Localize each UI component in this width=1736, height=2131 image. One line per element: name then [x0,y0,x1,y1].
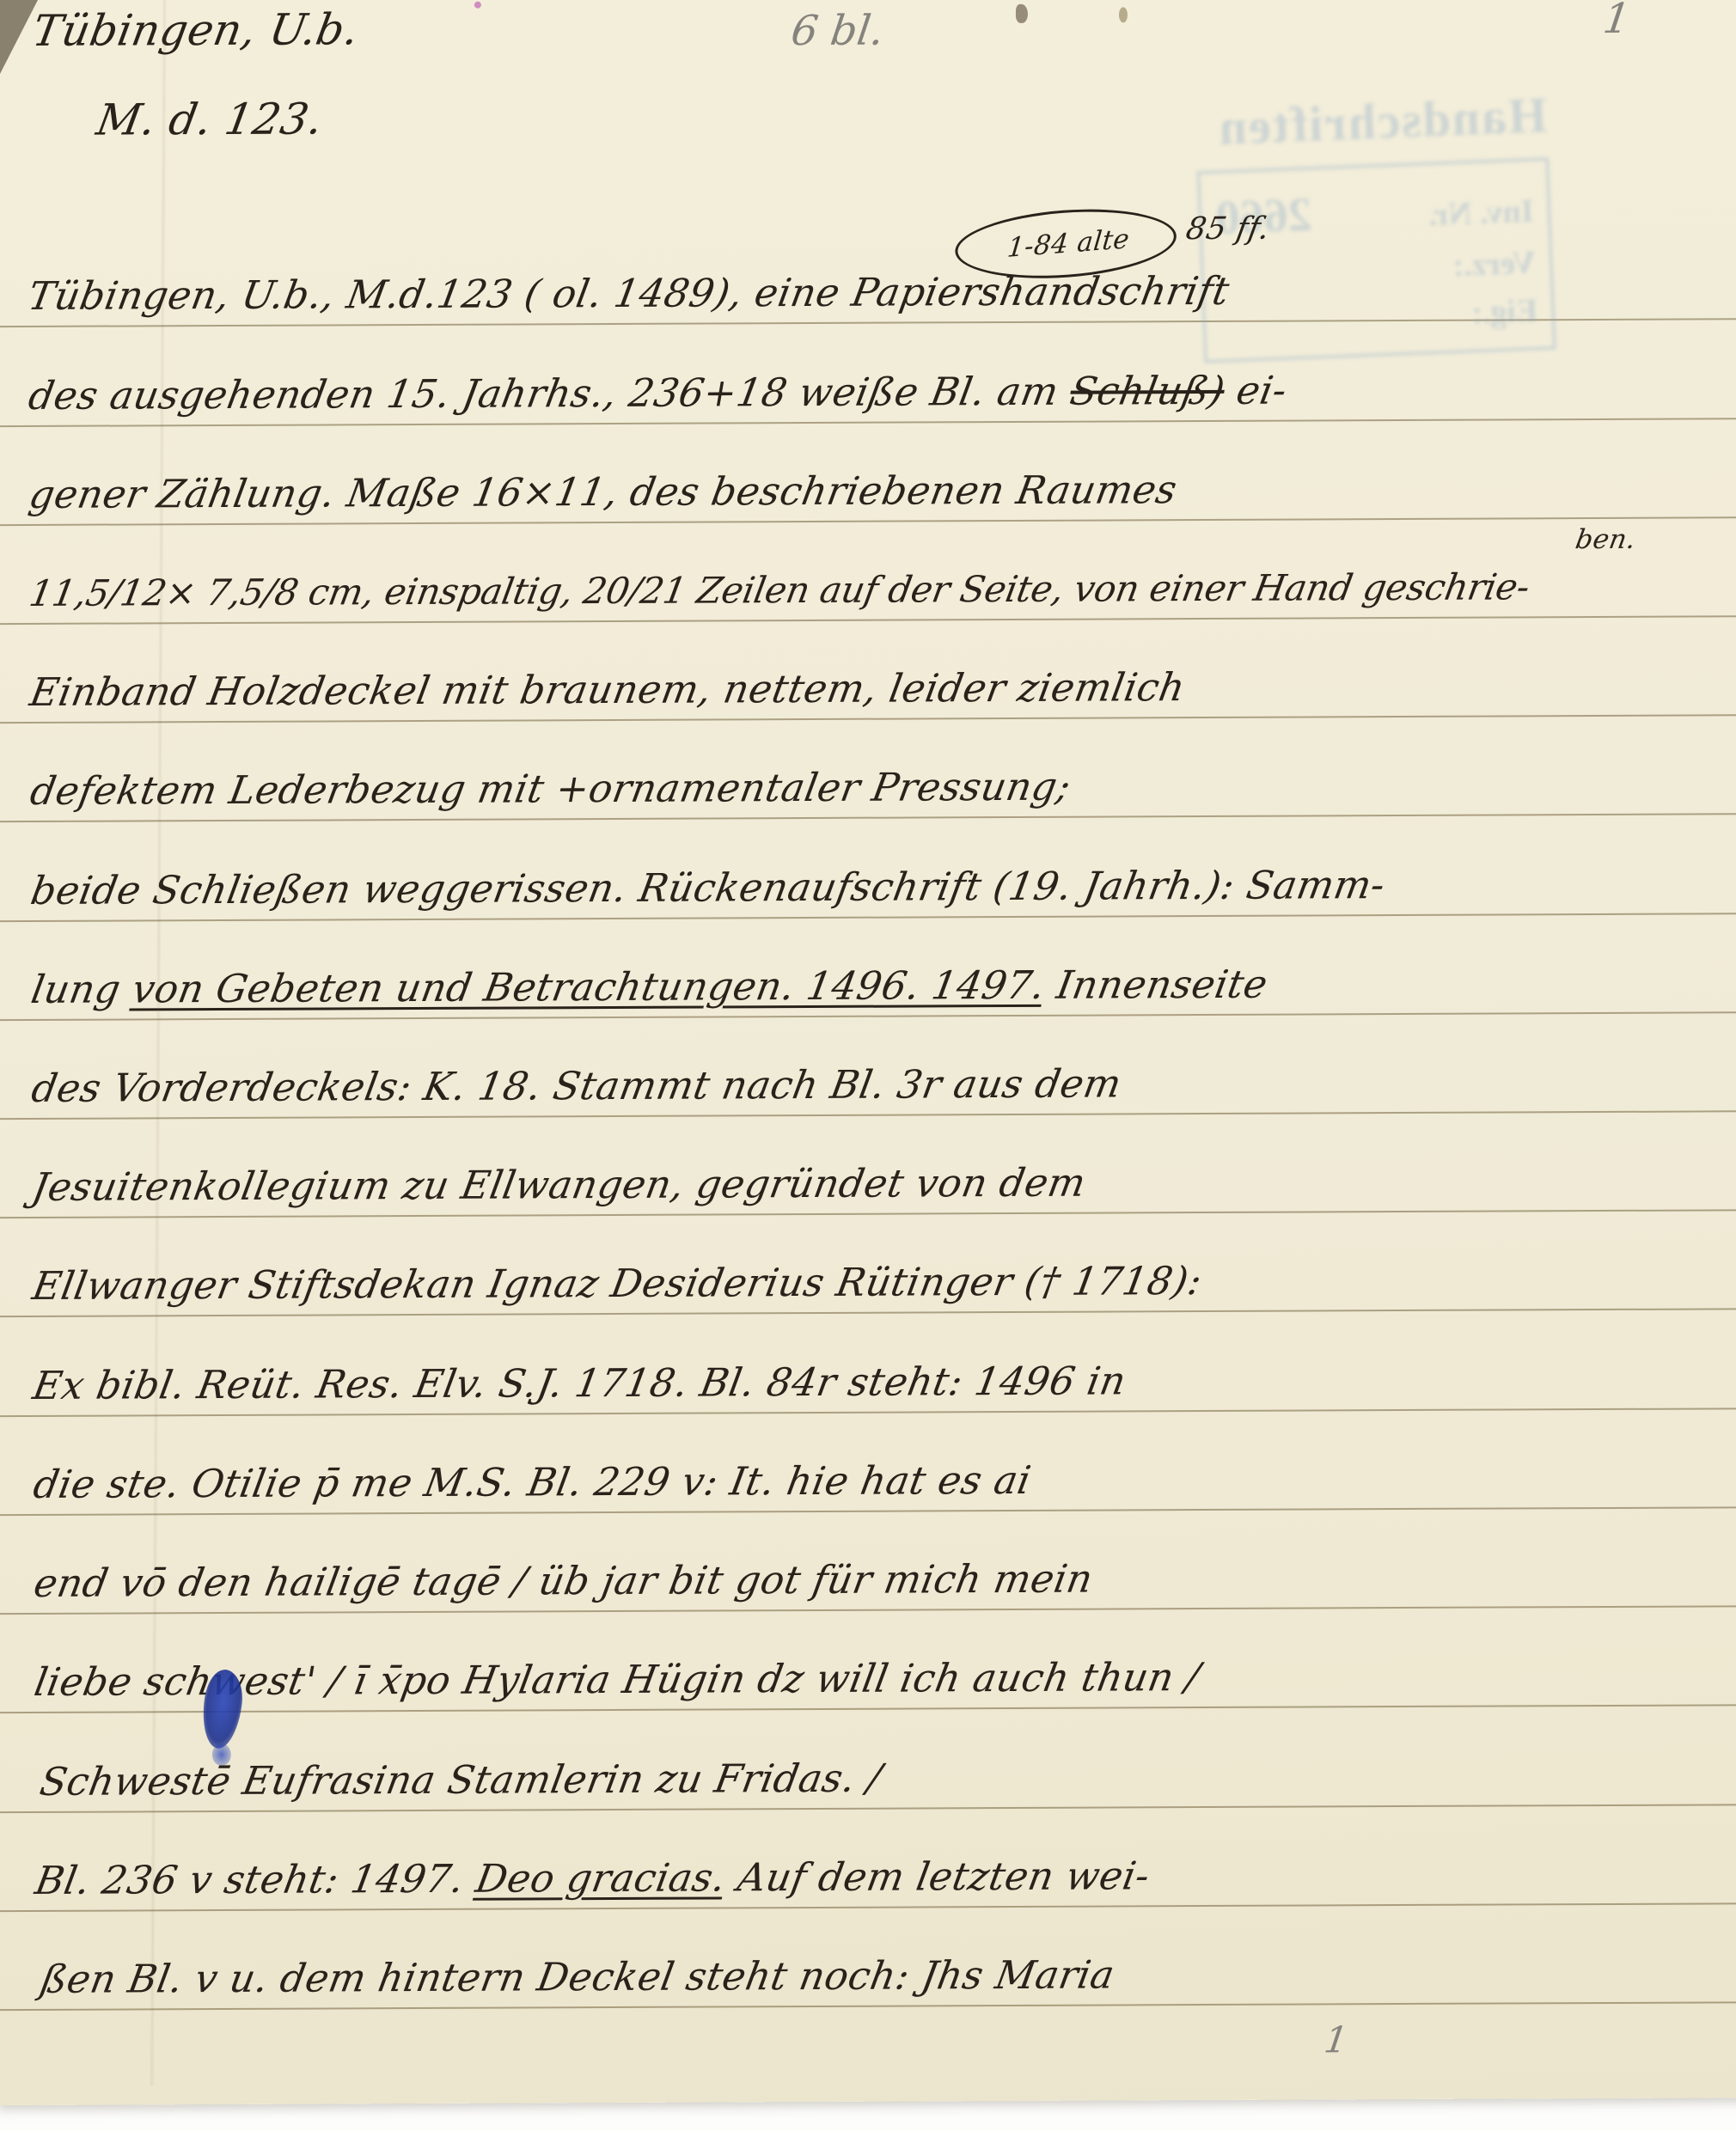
pencil-note-folio-count: 6 bl. [789,10,887,52]
description-line-8: lung von Gebeten und Betrachtungen. 1496… [28,964,1271,1011]
description-line-14: end vō den hailigē tagē / üb jar bit got… [31,1559,1096,1604]
line-2-end: ei- [1220,368,1290,413]
ruled-line [0,1308,1736,1317]
line-17-end: Auf dem letzten wei- [722,1853,1153,1900]
ruled-line [0,1506,1736,1516]
scan-corner-shadow [0,0,38,74]
ruled-line [0,1605,1736,1615]
scanned-page: Handschriften Inv. Nr. 2660 Verz.: Eig.:… [0,0,1736,2131]
header-shelfmark: M. d. 123. [94,96,327,143]
ruled-line [0,1110,1736,1120]
stamp-title: Handschriften [1134,86,1548,160]
description-line-17: Bl. 236 v steht: 1497. Deo gracias. Auf … [33,1855,1153,1901]
ruled-line [0,1902,1736,1912]
ruled-line [0,1209,1736,1218]
paper-speck [1016,4,1028,23]
line-8-start: lung [28,966,138,1012]
underlined-deo-gracias: Deo gracias. [473,1854,730,1901]
line-2-text: des ausgehenden 15. Jahrhs., 236+18 weiß… [26,369,1075,418]
ruled-line [0,1704,1736,1713]
ruled-line [0,813,1736,822]
description-line-2: des ausgehenden 15. Jahrhs., 236+18 weiß… [26,370,1290,417]
catalog-card-paper: Handschriften Inv. Nr. 2660 Verz.: Eig.:… [0,0,1736,2105]
description-line-4: 11,5/12× 7,5/8 cm, einspaltig, 20/21 Zei… [27,568,1532,613]
struck-word: Schluß) [1067,368,1228,414]
interline-addition: ben. [1574,526,1638,554]
ruled-line [0,516,1736,526]
pencil-page-number-top: 1 [1601,0,1633,40]
foliation-note-addition: 85 ff. [1183,213,1272,246]
circled-note-text: 1-84 alte [1006,225,1130,262]
line-17-start: Bl. 236 v steht: 1497. [32,1856,480,1903]
ink-blot-drip [212,1743,231,1766]
ruled-line [0,615,1736,625]
description-line-12: Ex bibl. Reüt. Res. Elv. S.J. 1718. Bl. … [30,1360,1129,1406]
line-8-end: Innenseite [1041,962,1271,1008]
stamp-verz-label: Verz.: [1452,244,1536,285]
ruled-line [0,913,1736,922]
ruled-line [0,2001,1736,2011]
stamp-box: Inv. Nr. 2660 Verz.: Eig.: [1196,157,1556,363]
ruled-line [0,1804,1736,1813]
description-line-9: des Vorderdeckels: K. 18. Stammt nach Bl… [29,1063,1125,1108]
ruled-line [0,1011,1736,1021]
description-line-10: Jesuitenkollegium zu Ellwangen, gegründe… [29,1163,1089,1208]
underlined-title: von Gebeten und Betrachtungen. 1496. 149… [129,962,1048,1012]
stamp-eig-label: Eig.: [1470,292,1538,333]
description-line-5: Einband Holzdeckel mit braunem, nettem, … [27,667,1188,712]
description-line-18: ßen Bl. v u. dem hintern Deckel steht no… [38,1954,1117,2000]
ruled-line [0,418,1736,427]
description-line-11: Ellwanger Stiftsdekan Ignaz Desiderius R… [30,1261,1206,1306]
description-line-6: defektem Lederbezug mit +ornamentaler Pr… [28,766,1073,812]
ruled-line [0,1407,1736,1417]
ruled-line [0,714,1736,724]
header-location: Tübingen, U.b. [29,7,362,53]
description-line-1: Tübingen, U.b., M.d.123 ( ol. 1489), ein… [25,271,1232,316]
paper-speck [474,2,481,9]
description-line-13: die ste. Otilie p̄ me M.S. Bl. 229 v: It… [31,1460,1035,1505]
pencil-page-number-bottom: 1 [1322,2022,1349,2058]
description-line-16: Schwestē Eufrasina Stamlerin zu Fridas. … [37,1758,884,1803]
paper-speck [1119,7,1128,22]
description-line-7: beide Schließen weggerissen. Rückenaufsc… [28,864,1389,911]
stamp-inv-label: Inv. Nr. [1428,192,1535,235]
description-line-3: gener Zählung. Maße 16×11, des beschrieb… [26,469,1180,515]
